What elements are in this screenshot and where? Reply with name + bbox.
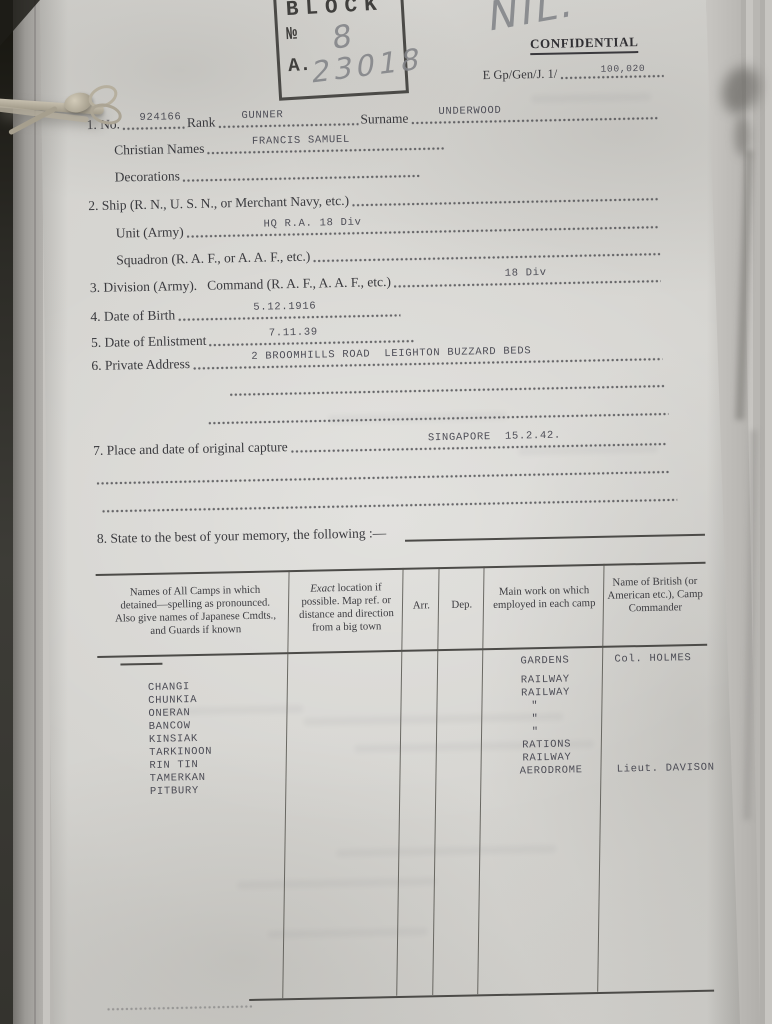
continuation-line [94,458,672,487]
stamp-series-label: A. [288,54,312,77]
squadron-label: Squadron (R. A. F., or A. A. F., etc.) [116,249,310,269]
header-arrival: Arr. [403,599,439,613]
date-of-birth-label: 4. Date of Birth [90,307,175,325]
date-of-birth-value: 5.12.1916 [253,301,316,314]
dotted-rule [208,146,446,156]
camp-work: AERODROME [520,764,583,777]
dotted-rule [209,339,415,348]
field-ship: 2. Ship (R. N., U. S. N., or Merchant Na… [88,186,661,214]
confidential-marking: CONFIDENTIAL [530,34,639,55]
header-camp-commander: Name of British (or American etc.), Camp… [599,575,712,616]
christian-names-label: Christian Names [114,141,205,159]
header-camp-names: Names of All Camps in which detained—spe… [111,583,280,638]
dotted-rule [187,225,660,239]
camp-name: TAMERKAN [150,772,206,785]
reference-value: 100,020 [600,63,645,75]
field-squadron: Squadron (R. A. F., or A. A. F., etc.) [116,241,662,269]
place-of-capture-label: 7. Place and date of original capture [93,439,288,459]
field-number-rank-surname: 1. No. Rank Surname 924166 GUNNER UNDERW… [86,105,659,133]
dotted-rule [560,74,663,81]
dotted-rule [97,469,670,485]
continuation-line [227,373,667,399]
dotted-rule [394,279,661,289]
field-decorations: Decorations [114,162,422,185]
camp-work: GARDENS [520,655,569,668]
service-number-value: 924166 [139,111,181,124]
bleed-through [268,927,428,938]
table-border-bottom [249,990,714,1001]
block-number-stamp: BLOCK № A. [273,0,409,101]
table-border-bottom-dotted [104,993,254,1013]
camp-commander: Col. HOLMES [614,652,691,666]
dotted-rule [230,384,665,398]
camp-name: TARKINOON [149,746,212,759]
camp-work: " [532,713,539,725]
surname-label: Surname [360,111,408,128]
stamp-no-label: № [286,25,298,46]
camp-work: RAILWAY [521,687,570,700]
header-main-work: Main work on which employed in each camp [489,584,599,612]
header-departure: Dep. [439,598,484,612]
reference-line: E Gp/Gen/J. 1/ 100,020 [483,62,666,83]
field-unit: Unit (Army) HQ R.A. 18 Div [116,214,662,242]
dotted-rule [183,173,421,183]
date-of-enlistment-value: 7.11.39 [269,327,318,340]
camp-name: ONERAN [148,707,190,720]
date-of-enlistment-label: 5. Date of Enlistment [91,333,207,351]
dotted-rule [107,1004,252,1012]
camp-name: CHANGI [148,681,190,694]
continuation-line [99,486,679,515]
camp-name: RIN TIN [149,759,198,772]
field-private-address: 6. Private Address 2 BROOMHILLS ROAD LEI… [91,346,664,374]
camp-commander: Lieut. DAVISON [617,762,715,776]
bleed-through [531,93,651,103]
header-location: Exact location if possible. Map ref. or … [295,581,398,635]
bleed-through [336,845,556,857]
division-value: 18 Div [505,267,547,280]
table-border-top [96,562,706,576]
rank-value: GUNNER [241,109,283,122]
field-christian-names: Christian Names FRANCIS SAMUEL [114,135,447,159]
continuation-line [205,400,670,426]
place-of-capture-value: SINGAPORE 15.2.42. [428,430,561,445]
field-place-of-capture: 7. Place and date of original capture SI… [93,431,668,460]
camp-name: CHUNKIA [148,694,197,707]
christian-names-value: FRANCIS SAMUEL [252,134,350,148]
dotted-rule [352,197,659,208]
camp-work: " [531,700,538,712]
camp-name: BANCOW [149,720,191,733]
surname-value: UNDERWOOD [438,105,501,118]
camp-name: KINSIAK [149,733,198,746]
camp-work: " [532,726,539,738]
dotted-rule [218,122,358,130]
dotted-rule [313,252,660,264]
dotted-rule [209,411,669,425]
field-division-command: 3. Division (Army). Command (R. A. F., A… [90,268,663,296]
rank-label: Rank [187,115,216,132]
unit-label: Unit (Army) [116,224,184,241]
field-date-of-birth: 4. Date of Birth 5.12.1916 [90,302,402,325]
binding-twine [0,92,125,187]
scanned-pow-questionnaire: BLOCK № A. NIL. 8 23018 CONFIDENTIAL E G… [0,0,772,1024]
camp-work: RAILWAY [521,674,570,687]
ship-label: 2. Ship (R. N., U. S. N., or Merchant Na… [88,193,349,214]
stamp-title: BLOCK [285,0,384,22]
reference-label: E Gp/Gen/J. 1/ [483,67,558,83]
header-location-em: Exact [310,582,335,594]
division-label: 3. Division (Army). [90,278,198,296]
field-memory-statement: 8. State to the best of your memory, the… [97,522,517,547]
bleed-through [237,877,437,889]
camp-work: RATIONS [522,739,571,752]
dotted-rule [291,442,666,455]
dotted-rule [178,313,400,322]
camp-name: PITBURY [150,785,199,798]
command-label: Command (R. A. F., A. A. F., etc.) [207,274,391,294]
unit-value: HQ R.A. 18 Div [264,217,362,231]
memory-statement-label: 8. State to the best of your memory, the… [97,525,387,547]
dotted-rule [102,497,677,514]
dotted-rule [123,125,185,131]
private-address-label: 6. Private Address [91,356,190,374]
camp-work: RAILWAY [522,752,571,765]
